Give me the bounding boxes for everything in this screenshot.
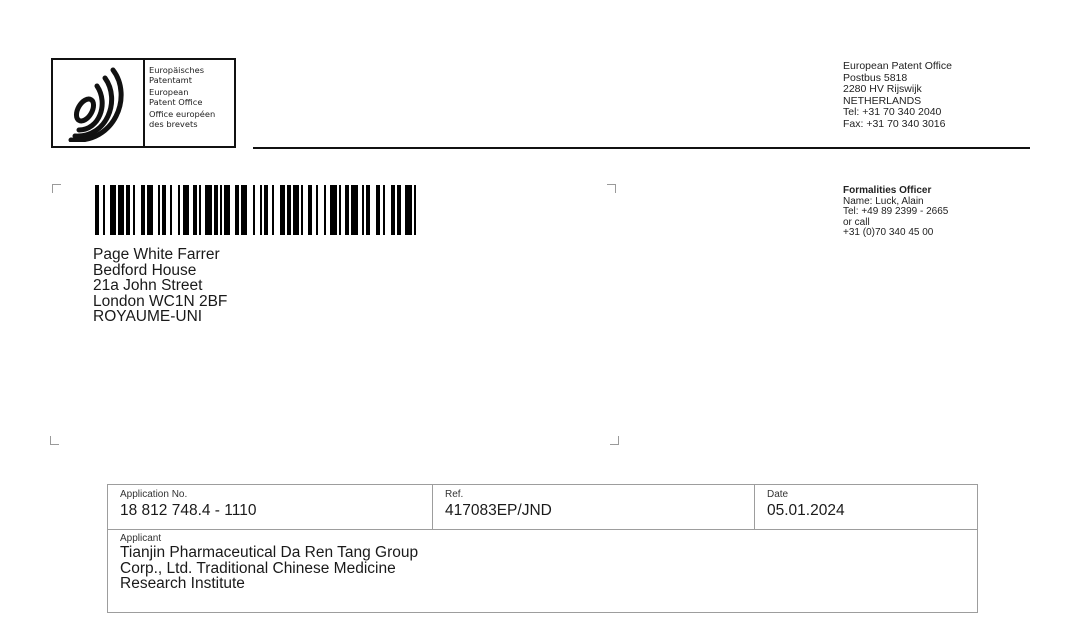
date-cell: Date 05.01.2024 bbox=[755, 485, 977, 529]
applicant-line: Corp., Ltd. Traditional Chinese Medicine bbox=[120, 561, 418, 577]
epo-logo: Europäisches Patentamt European Patent O… bbox=[51, 58, 236, 148]
recipient-line: ROYAUME-UNI bbox=[93, 309, 227, 325]
barcode-icon bbox=[95, 185, 420, 235]
date-label: Date bbox=[767, 489, 788, 500]
ref-value: 417083EP/JND bbox=[445, 502, 552, 520]
formalities-officer: Formalities Officer Name: Luck, Alain Te… bbox=[843, 186, 948, 239]
window-corner-mark bbox=[52, 184, 61, 193]
recipient-line: Page White Farrer bbox=[93, 247, 227, 263]
info-row-top: Application No. 18 812 748.4 - 1110 Ref.… bbox=[108, 485, 977, 530]
ref-cell: Ref. 417083EP/JND bbox=[433, 485, 755, 529]
ref-label: Ref. bbox=[445, 489, 463, 500]
window-corner-mark bbox=[607, 184, 616, 193]
applicant-cell: Applicant Tianjin Pharmaceutical Da Ren … bbox=[108, 530, 977, 612]
window-corner-mark bbox=[610, 436, 619, 445]
applicant-line: Tianjin Pharmaceutical Da Ren Tang Group bbox=[120, 545, 418, 561]
applicant-value: Tianjin Pharmaceutical Da Ren Tang Group… bbox=[120, 545, 418, 592]
recipient-line: London WC1N 2BF bbox=[93, 294, 227, 310]
epo-logo-arcs-icon bbox=[53, 60, 145, 146]
date-value: 05.01.2024 bbox=[767, 502, 845, 520]
recipient-line: Bedford House bbox=[93, 263, 227, 279]
office-address: European Patent Office Postbus 5818 2280… bbox=[843, 61, 952, 131]
officer-line: +31 (0)70 340 45 00 bbox=[843, 228, 948, 239]
header-divider bbox=[253, 147, 1030, 149]
officer-title: Formalities Officer bbox=[843, 186, 948, 197]
window-corner-mark bbox=[50, 436, 59, 445]
recipient-line: 21a John Street bbox=[93, 278, 227, 294]
logo-text-de-2: Patentamt bbox=[149, 76, 215, 86]
office-address-line: Fax: +31 70 340 3016 bbox=[843, 119, 952, 131]
office-address-line: European Patent Office bbox=[843, 61, 952, 73]
application-no-label: Application No. bbox=[120, 489, 187, 500]
logo-text-fr-2: des brevets bbox=[149, 120, 215, 130]
logo-text-en-2: Patent Office bbox=[149, 98, 215, 108]
application-info-table: Application No. 18 812 748.4 - 1110 Ref.… bbox=[107, 484, 978, 613]
application-no-cell: Application No. 18 812 748.4 - 1110 bbox=[108, 485, 433, 529]
application-no-value: 18 812 748.4 - 1110 bbox=[120, 502, 256, 520]
applicant-line: Research Institute bbox=[120, 576, 418, 592]
recipient-address: Page White Farrer Bedford House 21a John… bbox=[93, 247, 227, 325]
epo-logo-text: Europäisches Patentamt European Patent O… bbox=[149, 66, 215, 133]
applicant-label: Applicant bbox=[120, 533, 161, 544]
